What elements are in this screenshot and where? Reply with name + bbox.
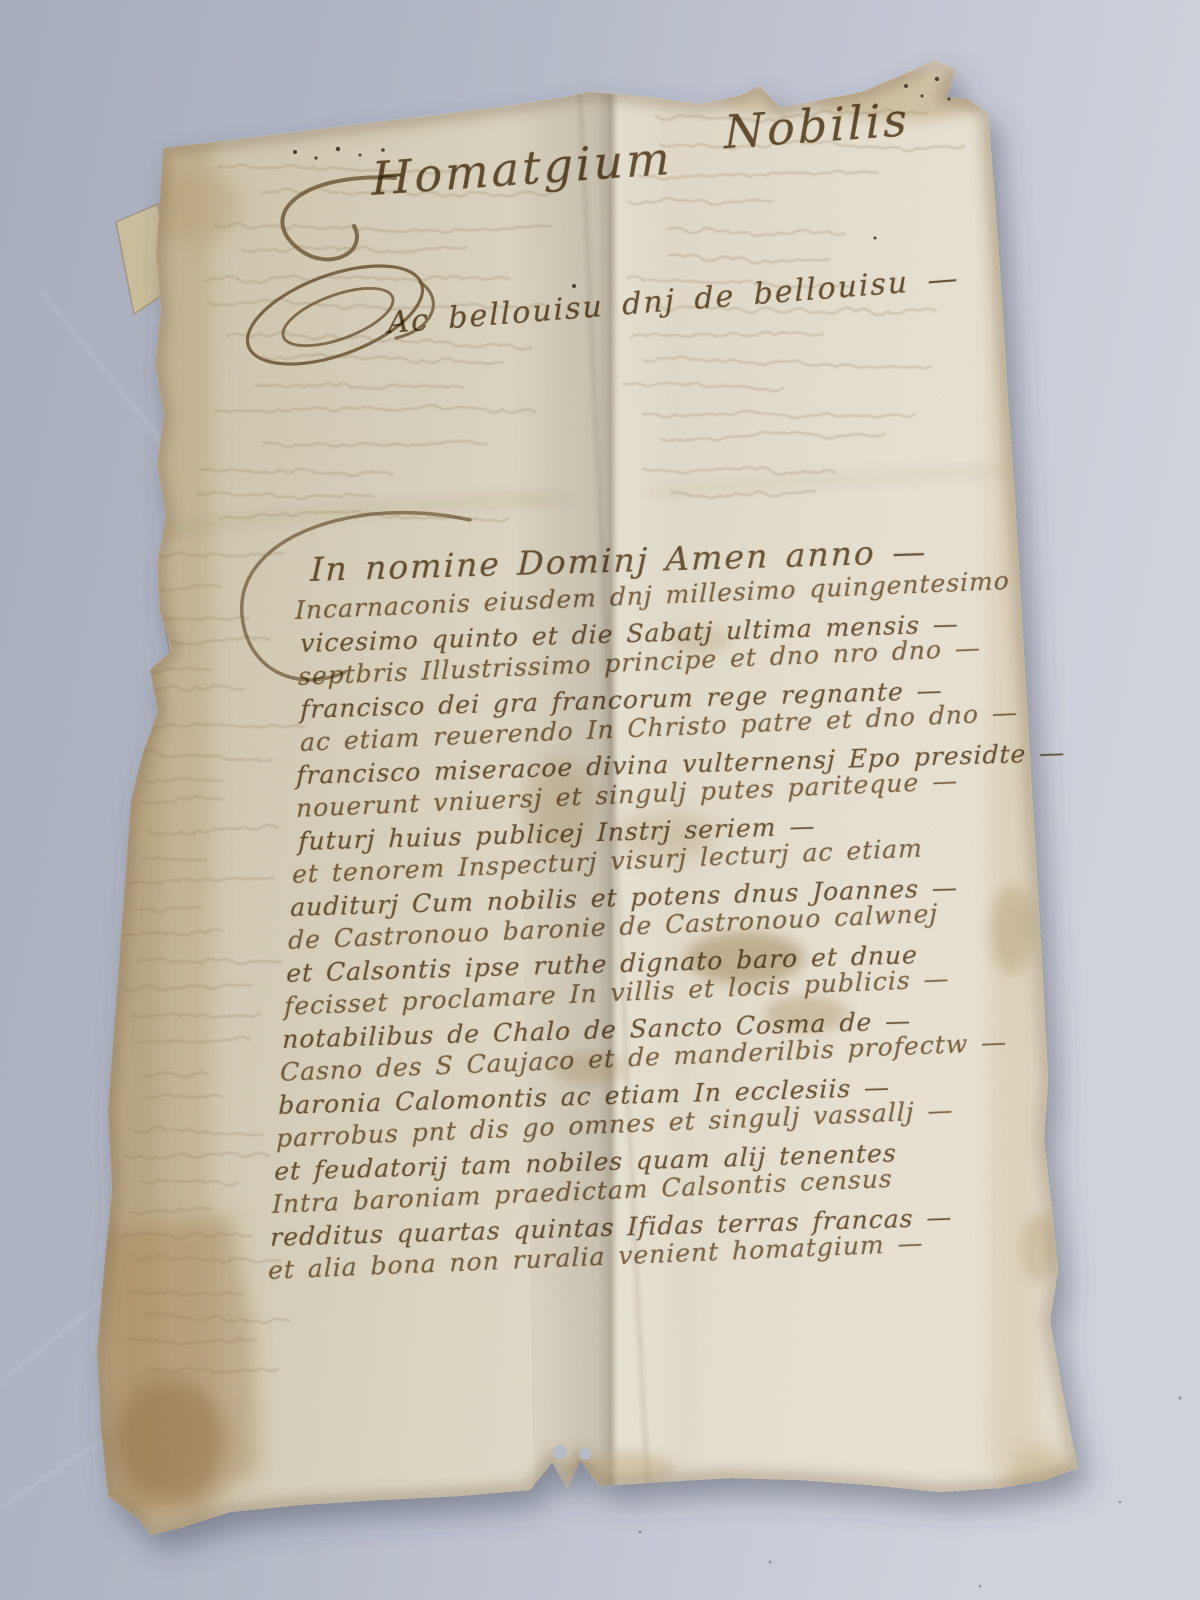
manuscript-photo [0,0,1200,1600]
photo-scene: HomatgiumNobilis Ac bellouisu dnj de bel… [0,0,1200,1600]
